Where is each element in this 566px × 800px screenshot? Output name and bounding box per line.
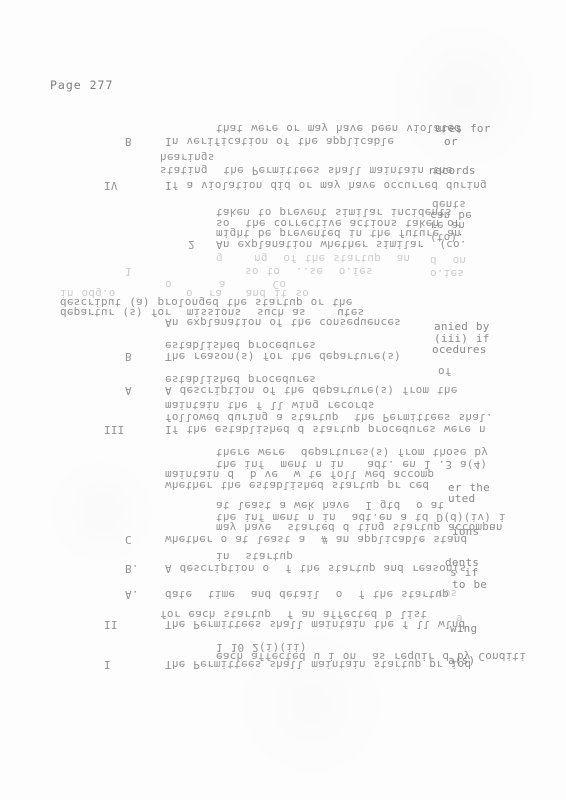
flipped-text-line: An explanation of the consequences — [165, 317, 401, 328]
flipped-text-line: A. — [125, 589, 139, 600]
flipped-text-line: re an — [430, 220, 465, 231]
flipped-text-line: B. — [125, 563, 139, 574]
flipped-text-line: followed during a startup the Permittees… — [165, 412, 493, 423]
flipped-text-line: d on — [430, 255, 466, 266]
flipped-text-line: hearings — [160, 152, 215, 163]
upright-text-fragment: a(s) — [448, 655, 475, 666]
flipped-text-line: B — [125, 351, 132, 362]
flipped-text-line: stating the Permittees shall maintain th… — [160, 165, 453, 176]
scanned-document-page: Page 277 that were or may have been viol… — [0, 0, 566, 800]
flipped-text-line: In verification of the applicable — [165, 136, 394, 147]
flipped-text-line: 2 — [188, 239, 195, 250]
flipped-text-line: A description o f the startup and reason… — [165, 563, 466, 574]
flipped-text-line: If the established d startup procedures … — [165, 424, 486, 435]
flipped-text-line: 1 — [125, 266, 132, 277]
flipped-text-line: whether the established startup pr ced — [165, 480, 429, 491]
upright-text-fragment: to be — [452, 579, 487, 590]
flipped-text-line: at least a wek have I gtd o at — [216, 500, 444, 511]
upright-text-fragment: s if — [450, 567, 478, 578]
flipped-text-line: there were departures(s) from those by — [216, 447, 488, 458]
flipped-text-line: whether o at least a # an applicable sta… — [165, 534, 467, 545]
flipped-text-line: If a violation did or may have occurred … — [165, 180, 487, 191]
upright-text-fragment: ures for — [435, 123, 491, 134]
flipped-text-line: B — [125, 136, 132, 147]
flipped-text-line: II — [104, 619, 118, 630]
flipped-text-line: A description of the departure(s) from t… — [165, 385, 458, 396]
flipped-text-line: III — [104, 424, 124, 435]
upright-text-fragment: ions ' — [452, 526, 494, 537]
upright-text-fragment: wing — [450, 623, 477, 634]
flipped-text-line: of — [438, 366, 452, 377]
flipped-text-line: date time and detail o f the startup — [165, 589, 449, 600]
flipped-text-line: A — [125, 385, 132, 396]
flipped-text-line: The Permittees shall maintain the f ll w… — [165, 619, 465, 630]
flipped-text-line: g ng of the startup an — [216, 253, 410, 264]
flipped-text-line: (to). — [430, 232, 464, 243]
flipped-text-line: I — [104, 659, 111, 670]
flipped-text-line: The Permittees shall maintain startup pr… — [165, 659, 471, 670]
flipped-text-line: maintain the f ll wing records — [165, 400, 375, 411]
flipped-text-line: The reason(s) for the departure(s) — [165, 351, 401, 362]
upright-text-fragment: or — [444, 136, 458, 147]
page-number-label: Page 277 — [50, 78, 113, 92]
upright-text-fragment: anied by — [434, 321, 490, 332]
flipped-text-line: in startup — [216, 551, 293, 562]
upright-text-fragment: ocedures — [432, 344, 487, 355]
flipped-text-line: IV — [104, 180, 118, 191]
upright-text-fragment: uted — [448, 493, 475, 504]
upright-text-fragment: records — [428, 165, 476, 176]
flipped-text-line: o.ies — [430, 268, 464, 279]
flipped-text-line: so to ..se o.ies — [245, 266, 373, 277]
flipped-text-line: C — [125, 534, 132, 545]
flipped-text-line: that were or may have been violated — [216, 123, 461, 134]
